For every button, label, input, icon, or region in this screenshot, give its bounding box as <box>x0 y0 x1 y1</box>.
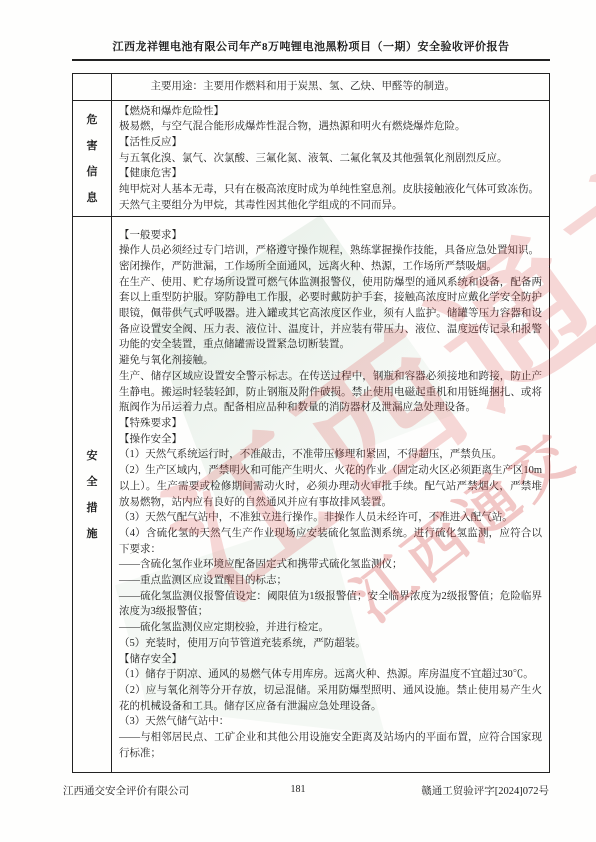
paragraph: （1）天然气系统运行时，不准敲击，不准带压修理和紧固，不得超压，严禁负压。 <box>119 447 542 463</box>
row-label-hazard-info: 危害信息 <box>73 101 112 217</box>
paragraph: 操作人员必须经过专门培训，严格遵守操作规程，熟练掌握操作技能，具备应急处置知识。 <box>119 243 542 259</box>
paragraph: 在生产、使用、贮存场所设置可燃气体监测报警仪，使用防爆型的通风系统和设备，配备两… <box>119 275 542 354</box>
paragraph: （4）含硫化氢的天然气生产作业现场应安装硫化氢监测系统。进行硫化氢监测，应符合以… <box>119 526 542 557</box>
paragraph: （2）生产区域内，严禁明火和可能产生明火、火花的作业（固定动火区必须距离生产区1… <box>119 463 542 510</box>
paragraph: 密闭操作，严防泄漏，工作场所全面通风，远离火种、热源，工作场所严禁吸烟。 <box>119 259 542 275</box>
content-table: 主要用途：主要用作燃料和用于炭黑、氢、乙炔、甲醛等的制造。 危害信息 【燃烧和爆… <box>72 73 550 773</box>
document-page: 江西龙祥锂电池有限公司年产8万吨锂电池黑粉项目（一期）安全验收评价报告 主要用途… <box>0 0 596 842</box>
table-row-hazard-info: 危害信息 【燃烧和爆炸危险性】极易燃，与空气混合能形成爆炸性混合物，遇热源和明火… <box>73 101 550 217</box>
paragraph: （3）天然气配气站中，不准独立进行操作。非操作人员未经许可，不准进入配气站。 <box>119 510 542 526</box>
paragraph-main-use: 主要用途：主要用作燃料和用于炭黑、氢、乙炔、甲醛等的制造。 <box>119 79 542 95</box>
page-footer: 181 江西通交安全评价有限公司 赣通工贸验评字[2024]072号 <box>0 783 596 803</box>
paragraph: 【健康危害】 <box>119 166 542 182</box>
row-label-safety-measures: 安全措施 <box>73 217 112 773</box>
row-label-empty <box>73 74 112 101</box>
paragraph: 避免与氧化剂接触。 <box>119 353 542 369</box>
paragraph: 【燃烧和爆炸危险性】 <box>119 104 542 120</box>
paragraph: 【特殊要求】 <box>119 416 542 432</box>
paragraph: （2）应与氧化剂等分开存放，切忌混储。采用防爆型照明、通风设施。禁止使用易产生火… <box>119 683 542 714</box>
paragraph: 纯甲烷对人基本无毒，只有在极高浓度时成为单纯性窒息剂。皮肤接触液化气体可致冻伤。 <box>119 182 542 198</box>
paragraph: 与五氧化溴、氯气、次氯酸、三氟化氮、液氧、二氟化氧及其他强氧化剂剧烈反应。 <box>119 151 542 167</box>
cell-hazard-info: 【燃烧和爆炸危险性】极易燃，与空气混合能形成爆炸性混合物，遇热源和明火有燃烧爆炸… <box>112 101 550 217</box>
header-rule <box>72 59 550 61</box>
row-label-text: 安全措施 <box>86 443 98 547</box>
paragraph: 【一般要求】 <box>119 228 542 244</box>
cell-safety-measures: 【一般要求】操作人员必须经过专门培训，严格遵守操作规程，熟练掌握操作技能，具备应… <box>112 217 550 773</box>
paragraph: 天然气主要组分为甲烷，其毒性因其他化学组成的不同而异。 <box>119 198 542 214</box>
row-label-text: 危害信息 <box>86 107 98 211</box>
paragraph: ——与相邻居民点、工矿企业和其他公用设施安全距离及站场内的平面布置，应符合国家现… <box>119 730 542 761</box>
paragraph: 生产、储存区域应设置安全警示标志。在传送过程中，钢瓶和容器必须接地和跨接，防止产… <box>119 369 542 416</box>
paragraph: ——硫化氢监测仪应定期校验，并进行检定。 <box>119 620 542 636</box>
paragraph: ——含硫化氢作业环境应配备固定式和携带式硫化氢监测仪； <box>119 557 542 573</box>
paragraph: ——硫化氢监测仪报警值设定：阈限值为1级报警值；安全临界浓度为2级报警值；危险临… <box>119 589 542 620</box>
table-row-main-use: 主要用途：主要用作燃料和用于炭黑、氢、乙炔、甲醛等的制造。 <box>73 74 550 101</box>
paragraph: （5）充装时，使用万向节管道充装系统，严防超装。 <box>119 636 542 652</box>
paragraph: 极易燃，与空气混合能形成爆炸性混合物，遇热源和明火有燃烧爆炸危险。 <box>119 119 542 135</box>
document-title: 江西龙祥锂电池有限公司年产8万吨锂电池黑粉项目（一期）安全验收评价报告 <box>72 38 550 54</box>
paragraph: ——重点监测区应设置醒目的标志； <box>119 573 542 589</box>
paragraph: 【操作安全】 <box>119 432 542 448</box>
paragraph: 【储存安全】 <box>119 652 542 668</box>
cell-main-use: 主要用途：主要用作燃料和用于炭黑、氢、乙炔、甲醛等的制造。 <box>112 74 550 101</box>
paragraph: （1）储存于阴凉、通风的易燃气体专用库房。远离火种、热源。库房温度不宜超过30℃… <box>119 667 542 683</box>
paragraph: （3）天然气储气站中： <box>119 714 542 730</box>
footer-company: 江西通交安全评价有限公司 <box>63 783 189 798</box>
table-row-safety-measures: 安全措施 【一般要求】操作人员必须经过专门培训，严格遵守操作规程，熟练掌握操作技… <box>73 217 550 773</box>
footer-doc-number: 赣通工贸验评字[2024]072号 <box>421 783 549 798</box>
paragraph: 【活性反应】 <box>119 135 542 151</box>
